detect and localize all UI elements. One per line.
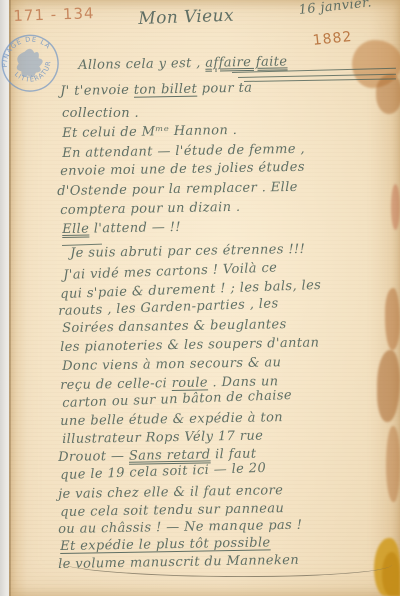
letter-line: comptera pour un dizain . bbox=[60, 200, 241, 218]
letter-scan: 171 - 134 PINAGE DE LA LITTÉRATURE Mon V… bbox=[0, 0, 400, 596]
handwritten-text: l'attend — !! bbox=[89, 220, 181, 237]
letter-line: collection . bbox=[62, 106, 139, 121]
letter-line: Et celui de Mᵐᵉ Hannon . bbox=[62, 123, 237, 141]
handwritten-text: J' t'envoie bbox=[60, 83, 134, 99]
underlined-text: affaire faite bbox=[205, 54, 287, 70]
handwritten-text: Et celui de Mᵐᵉ Hannon . bbox=[62, 123, 237, 141]
underlined-text: Sans retard bbox=[129, 447, 211, 463]
salutation: Mon Vieux bbox=[138, 6, 234, 29]
underlined-text: ton billet bbox=[134, 82, 198, 98]
handwritten-text: comptera pour un dizain . bbox=[60, 200, 241, 218]
underlined-text: Elle bbox=[62, 222, 89, 237]
underlined-text: roule bbox=[172, 375, 209, 391]
handwritten-text: il faut bbox=[210, 447, 256, 463]
handwritten-text: collection . bbox=[62, 106, 139, 121]
handwritten-text: pour ta bbox=[197, 81, 252, 97]
handwritten-text: Allons cela y est , bbox=[78, 56, 205, 73]
letter-line: Elle l'attend — !! bbox=[62, 220, 181, 237]
handwritten-text: reçu de celle-ci bbox=[60, 376, 172, 393]
handwritten-text: Drouot — bbox=[58, 449, 129, 465]
